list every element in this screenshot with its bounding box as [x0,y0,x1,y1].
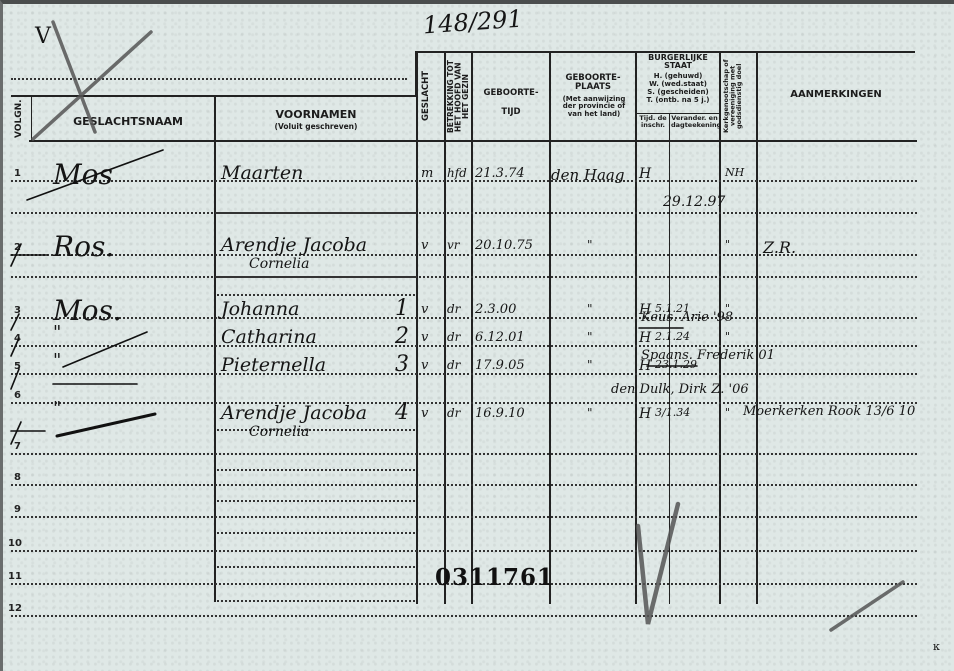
row-number: 11 [8,571,22,582]
entry-relation: dr [447,302,460,316]
sub-line [217,294,415,296]
sub-line [217,469,415,471]
header-tijd-inschr: Tijd. de inschr. [637,115,669,129]
header-geslacht: GESLACHT [422,56,431,136]
row-line [11,550,917,552]
entry-religion: NH [725,166,744,179]
row-line [11,345,917,347]
entry-religion: " [725,406,730,419]
col-divider [31,97,32,141]
row-number: 7 [14,441,21,452]
entry-surname: Mos. [53,294,122,327]
stamp-number: 0311761 [435,564,554,591]
entry-birth-date: 16.9.10 [475,406,525,421]
entry-birth-date: 6.12.01 [475,330,525,345]
entry-birth-place: den Haag [551,166,624,184]
entry-given-names: Maarten [221,162,303,184]
sub-line [217,429,415,431]
entry-given-names: Arendje Jacoba [221,234,367,256]
entry-civil-status: H [639,406,651,422]
entry-surname: Mos [53,158,113,191]
entry-civil-status: H [639,330,651,346]
entry-surname: " [53,398,61,419]
entry-birth-place: " [587,330,593,344]
entry-relation: dr [447,406,460,420]
header-betrekking: BETREKKING TOT HET HOOFD VAN HET GEZIN [447,56,469,138]
registration-card: 148/291 V VOLGN. GESLACHTSNAAM VOORNAMEN… [0,0,954,671]
row-number: 2 [14,242,21,253]
entry-remarks: Moerkerken Rook 13/6 10 [743,404,915,419]
header-geboorteplaats: GEBOORTE-PLAATS [553,74,633,92]
header-kerkgenootschap: Kerkgenootschap of vereeniging met godsd… [723,54,755,138]
entry-birth-date: 20.10.75 [475,238,533,253]
entry-religion: " [725,330,730,343]
row-number: 5 [14,361,21,372]
entry-status-change: 2.1.24 [655,330,690,343]
entry-birth-date: 21.3.74 [475,166,525,181]
entry-given-names: Johanna [221,298,299,320]
entry-sex: v [421,406,428,421]
header-geboorteplaats-sub: (Met aanwijzing der provincie of van het… [555,96,633,118]
row-number: 9 [14,504,21,515]
entry-order: 2 [395,324,409,349]
entry-spouse-note: Spaans. Frederik 01 [641,348,775,363]
row-line [11,615,917,617]
entry-sex: v [421,330,428,345]
sub-line [11,212,917,214]
entry-status-change: 29.12.97 [663,194,725,210]
header-burgerlijke-staat: BURGERLIJKE STAAT [639,54,717,71]
header-voornamen: VOORNAMEN [218,109,414,121]
entry-order: 1 [395,296,409,321]
entry-surname: Ros. [53,230,114,263]
header-voornamen-sub: (Voluit geschreven) [218,123,414,131]
header-volgnummer: VOLGN. [15,100,24,138]
entry-order: 4 [395,400,409,425]
row-line [11,373,917,375]
entry-given-names-line2: Cornelia [249,424,309,440]
corner-mark: ĸ [933,640,940,653]
row-line [11,516,917,518]
entry-given-names: Pieternella [221,354,326,376]
header-verandering: Verander. en dagteekening [671,115,718,129]
sub-line [217,600,415,602]
entry-religion: " [725,238,730,251]
row-line [11,484,917,486]
entry-sex: v [421,238,428,253]
entry-birth-place: " [587,358,593,372]
header-aanmerkingen: AANMERKINGEN [761,90,911,101]
entry-spouse-note: den Dulk, Dirk Z. '06 [611,382,749,397]
entry-birth-place: " [587,302,593,316]
entry-relation: dr [447,358,460,372]
entry-relation: hfd [447,166,467,180]
header-burgerlijke-staat-codes: H. (gehuwd) W. (wed.staat) S. (gescheide… [639,72,717,104]
entry-spouse-note: Keus. Arie '98 [641,310,733,325]
row-line [11,453,917,455]
entry-relation: dr [447,330,460,344]
entry-civil-status: H [639,166,651,182]
entry-birth-place: " [587,238,593,252]
entry-surname: " [53,322,61,343]
sub-line [217,566,415,568]
row-line [11,317,917,319]
check-mark-top-left: V [35,24,51,49]
card-reference: 148/291 [422,5,523,40]
entry-birth-date: 2.3.00 [475,302,516,317]
entry-status-change: 3/1.34 [655,406,690,419]
entry-birth-place: " [587,406,593,420]
entry-relation: vr [447,238,460,252]
row-line [11,180,917,182]
entry-order: 3 [395,352,409,377]
entry-given-names-line2: Cornelia [249,256,309,272]
entry-sex: v [421,358,428,373]
header-geboortetijd: GEBOORTE-TIJD [475,84,547,121]
entry-sex: m [421,166,433,181]
row-number: 12 [8,603,22,614]
sub-line [217,500,415,502]
entry-surname: " [53,350,61,371]
entry-sex: v [421,302,428,317]
row-number: 1 [14,168,21,179]
entry-birth-date: 17.9.05 [475,358,525,373]
row-number: 3 [14,305,21,316]
entry-remarks: Z.R. [763,238,796,257]
row-number: 6 [14,390,21,401]
entry-given-names: Catharina [221,326,317,348]
entry-given-names: Arendje Jacoba [221,402,367,424]
header-geslachtsnaam: GESLACHTSNAAM [43,116,213,128]
sub-line [11,276,917,278]
row-number: 4 [14,333,21,344]
sub-line [217,532,415,534]
row-number: 8 [14,472,21,483]
row-number: 10 [8,538,22,549]
